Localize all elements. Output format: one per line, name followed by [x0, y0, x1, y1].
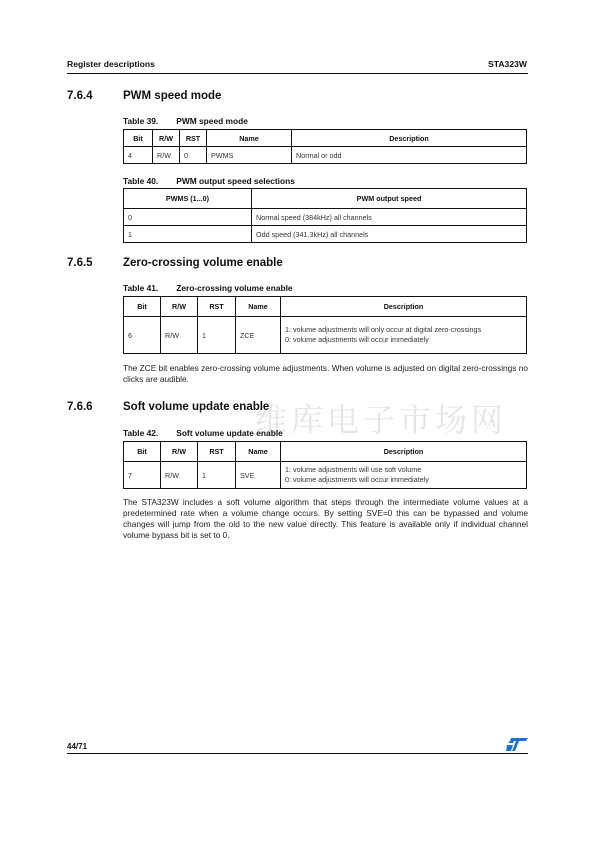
cell-name: PWMS	[207, 147, 292, 164]
table-label: Table 42.	[123, 428, 158, 438]
table-row: 6 R/W 1 ZCE 1: volume adjustments will o…	[124, 317, 527, 354]
section-title: PWM speed mode	[123, 90, 221, 102]
column-header: RST	[180, 130, 207, 147]
section-title: Soft volume update enable	[123, 401, 269, 413]
description-line: 0: volume adjustments will occur immedia…	[285, 335, 522, 346]
column-header: RST	[198, 442, 236, 462]
cell-name: ZCE	[236, 317, 281, 354]
cell-rw: R/W	[161, 317, 198, 354]
column-header: Bit	[124, 297, 161, 317]
cell-pwms-value: 0	[124, 209, 252, 226]
column-header: R/W	[161, 297, 198, 317]
table-title: Soft volume update enable	[176, 428, 283, 438]
table-title: PWM output speed selections	[176, 176, 295, 186]
section-number: 7.6.6	[67, 401, 93, 413]
cell-rw: R/W	[153, 147, 180, 164]
column-header: Name	[207, 130, 292, 147]
table-label: Table 41.	[123, 283, 158, 293]
section-number: 7.6.4	[67, 90, 93, 102]
running-header-product: STA323W	[488, 59, 527, 69]
page-number: 44/71	[67, 742, 87, 751]
sve-paragraph: The STA323W includes a soft volume algor…	[123, 497, 528, 541]
column-header: Description	[281, 442, 527, 462]
cell-pwm-speed: Odd speed (341.3kHz) all channels	[252, 226, 527, 243]
table-title: PWM speed mode	[176, 116, 248, 126]
zce-paragraph: The ZCE bit enables zero-crossing volume…	[123, 363, 528, 385]
table-row: 4 R/W 0 PWMS Normal or odd	[124, 147, 527, 164]
table-row: 0 Normal speed (384kHz) all channels	[124, 209, 527, 226]
column-header: Bit	[124, 442, 161, 462]
table-caption: Table 41.Zero-crossing volume enable	[123, 283, 293, 293]
cell-rst: 1	[198, 462, 236, 489]
column-header: Name	[236, 442, 281, 462]
description-line: 0: volume adjustments will occur immedia…	[285, 475, 522, 486]
column-header: Name	[236, 297, 281, 317]
cell-description: Normal or odd	[292, 147, 527, 164]
cell-description: 1: volume adjustments will use soft volu…	[281, 462, 527, 489]
running-header-section: Register descriptions	[67, 59, 155, 69]
footer-divider	[67, 753, 528, 754]
cell-name: SVE	[236, 462, 281, 489]
description-line: 1: volume adjustments will use soft volu…	[285, 465, 522, 476]
section-title: Zero-crossing volume enable	[123, 257, 283, 269]
column-header: R/W	[161, 442, 198, 462]
column-header: Description	[281, 297, 527, 317]
table-row: 7 R/W 1 SVE 1: volume adjustments will u…	[124, 462, 527, 489]
register-table-soft-volume: Bit R/W RST Name Description 7 R/W 1 SVE…	[123, 441, 527, 489]
table-pwm-output-speed-selections: PWMS (1...0) PWM output speed 0 Normal s…	[123, 188, 527, 243]
table-title: Zero-crossing volume enable	[176, 283, 292, 293]
table-label: Table 40.	[123, 176, 158, 186]
cell-pwms-value: 1	[124, 226, 252, 243]
column-header: Bit	[124, 130, 153, 147]
cell-bit: 6	[124, 317, 161, 354]
cell-rst: 0	[180, 147, 207, 164]
table-label: Table 39.	[123, 116, 158, 126]
st-logo-icon	[506, 738, 528, 751]
column-header: PWMS (1...0)	[124, 189, 252, 209]
column-header: Description	[292, 130, 527, 147]
cell-rw: R/W	[161, 462, 198, 489]
table-row: 1 Odd speed (341.3kHz) all channels	[124, 226, 527, 243]
description-line: 1: volume adjustments will only occur at…	[285, 325, 522, 336]
column-header: RST	[198, 297, 236, 317]
cell-rst: 1	[198, 317, 236, 354]
table-caption: Table 40.PWM output speed selections	[123, 176, 295, 186]
table-caption: Table 42.Soft volume update enable	[123, 428, 283, 438]
cell-bit: 7	[124, 462, 161, 489]
table-caption: Table 39.PWM speed mode	[123, 116, 248, 126]
register-table-pwm-speed-mode: Bit R/W RST Name Description 4 R/W 0 PWM…	[123, 129, 527, 164]
section-number: 7.6.5	[67, 257, 93, 269]
header-divider	[67, 73, 528, 74]
cell-bit: 4	[124, 147, 153, 164]
cell-pwm-speed: Normal speed (384kHz) all channels	[252, 209, 527, 226]
watermark: 维库电子市场网	[255, 395, 507, 441]
register-table-zero-crossing: Bit R/W RST Name Description 6 R/W 1 ZCE…	[123, 296, 527, 354]
column-header: R/W	[153, 130, 180, 147]
cell-description: 1: volume adjustments will only occur at…	[281, 317, 527, 354]
column-header: PWM output speed	[252, 189, 527, 209]
